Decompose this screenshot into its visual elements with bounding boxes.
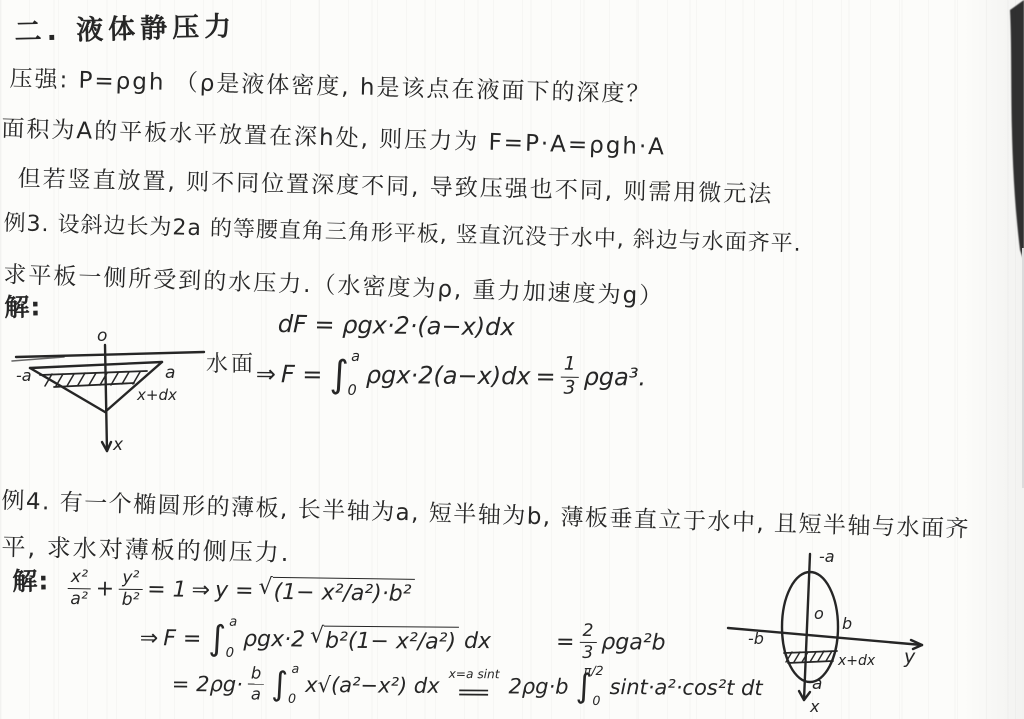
origin-label: o — [814, 604, 824, 623]
implies-arrow: ⇒ — [191, 578, 210, 603]
example3-solve-label: 解: — [4, 287, 42, 324]
x-axis-line — [804, 554, 810, 700]
strip-label: x+dx — [837, 653, 876, 669]
example4-force-integral: ⇒ F = ∫ a 0 ρgx·2 √ b²(1− x²/a²) dx = 2 … — [140, 618, 666, 663]
left-end-label: -a — [16, 366, 32, 385]
flat-plate-line: 面积为A的平板水平放置在深h处, 则压力为 F=P·A=ρgh·A — [1, 110, 666, 162]
square-root: √ (1− x²/a²)·b² — [258, 577, 414, 607]
right-end-label: a — [165, 363, 175, 383]
y-axis-label: y — [903, 646, 916, 668]
b-over-a-fraction: b a — [248, 665, 265, 704]
two-thirds-fraction: 2 3 — [579, 622, 596, 663]
one-third-fraction: 1 3 — [561, 355, 579, 399]
integrand: ρgx·2(a−x)dx — [366, 361, 531, 390]
example3-problem-line1: 例3. 设斜边长为2a 的等腰直角三角形平板, 竖直沉没于水中, 斜边与水面齐平… — [3, 206, 802, 258]
x-axis-line — [105, 345, 107, 451]
force-result: ρga³. — [583, 363, 646, 392]
vertical-plate-line: 但若竖直放置, 则不同位置深度不同, 导致压强也不同, 则需用微元法 — [17, 160, 773, 209]
water-surface-line — [16, 352, 204, 357]
integral-sign: ∫ a 0 — [271, 668, 288, 701]
left-end-label: -b — [748, 629, 764, 648]
handwritten-notes-page: 二. 液体静压力 压强: P=ρgh （ρ是液体密度, h是该点在液面下的深度？… — [0, 0, 1024, 719]
df-expression: dF = ρgx·2·(a−x)dx — [278, 310, 515, 341]
triangle-diagram: o -a a x+dx x 水面 — [6, 323, 268, 465]
example3-df-formula: dF = ρgx·2·(a−x)dx — [278, 310, 515, 341]
water-surface-label: 水面 — [206, 352, 256, 377]
section-heading: 二. 液体静压力 — [14, 4, 237, 49]
scan-shadow-artifact — [998, 0, 1024, 266]
strip-top-line — [40, 371, 147, 375]
ellipse-outline — [782, 572, 838, 682]
right-end-label: b — [842, 614, 852, 633]
bottom-end-label: a — [812, 674, 822, 694]
implies-arrow: ⇒ — [140, 626, 159, 651]
example4-ellipse-equation: x² a² + y² b² = 1 ⇒ y = √ (1− x²/a²)·b² — [67, 568, 414, 614]
origin-label: o — [97, 326, 107, 346]
x-axis-label: x — [809, 697, 820, 716]
substitution-over-equals: x=a sint = — [448, 668, 499, 703]
example3-force-integral: ⇒ F = ∫ a 0 ρgx·2(a−x)dx = 1 3 ρga³. — [256, 352, 647, 400]
example3-problem-line2: 求平板一侧所受到的水压力.（水密度为ρ, 重力加速度为g） — [3, 256, 665, 311]
example4-substitution-line: = 2ρg· b a ∫ a 0 x√(a²−x²) dx x=a sint =… — [172, 664, 763, 707]
square-root: √ b²(1− x²/a²) — [310, 626, 459, 655]
pressure-definition-line: 压强: P=ρgh （ρ是液体密度, h是该点在液面下的深度？ — [9, 60, 652, 109]
strip-label: x+dx — [136, 386, 177, 404]
force-result: ρga²b — [601, 630, 665, 656]
integral-sign: ∫ a 0 — [208, 622, 226, 656]
x-squared-fraction: x² a² — [67, 568, 91, 609]
example4-solve-label: 解: — [12, 561, 50, 598]
axis-label: x — [112, 435, 124, 455]
integral-sign: ∫ π/2 0 — [575, 670, 592, 703]
integral-sign: ∫ a 0 — [329, 356, 349, 393]
top-end-label: -a — [819, 547, 835, 566]
y-squared-fraction: y² b² — [119, 569, 143, 610]
force-lhs: F = — [281, 360, 323, 388]
ellipse-diagram: -a a -b b o x+dx y x — [726, 548, 972, 719]
triangle-top-edge — [30, 362, 162, 368]
